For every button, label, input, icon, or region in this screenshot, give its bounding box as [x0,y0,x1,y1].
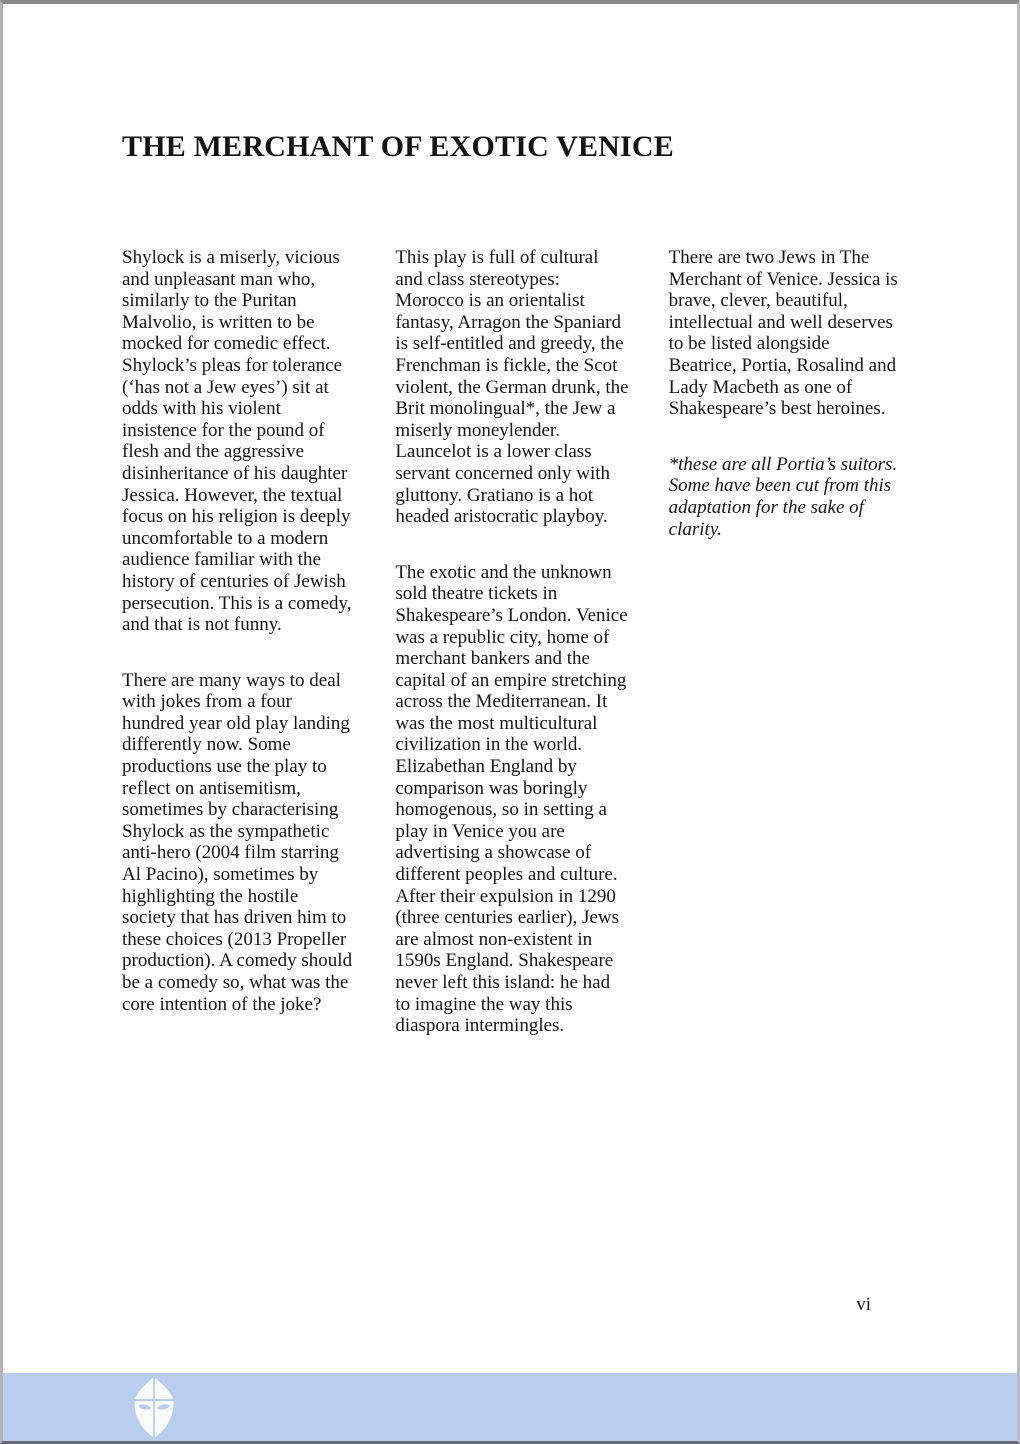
paragraph-shylock: Shylock is a miserly, vicious and unplea… [122,247,355,636]
page-number: vi [856,1294,871,1316]
theatre-mask-icon [130,1377,178,1438]
footer-bar [3,1373,1017,1441]
column-1: Shylock is a miserly, vicious and unplea… [122,247,355,1037]
column-3: There are two Jews in The Merchant of Ve… [669,247,902,1037]
text-columns: Shylock is a miserly, vicious and unplea… [122,247,902,1037]
document-page: THE MERCHANT OF EXOTIC VENICE Shylock is… [0,0,1020,1444]
paragraph-exotic: The exotic and the unknown sold theatre … [395,562,628,1037]
paragraph-jokes: There are many ways to deal with jokes f… [122,670,355,1016]
paragraph-jessica: There are two Jews in The Merchant of Ve… [669,247,902,420]
page-title: THE MERCHANT OF EXOTIC VENICE [122,130,674,164]
footnote: *these are all Portia’s suitors. Some ha… [669,454,902,540]
paragraph-stereotypes: This play is full of cultural and class … [395,247,628,528]
column-2: This play is full of cultural and class … [395,247,628,1037]
